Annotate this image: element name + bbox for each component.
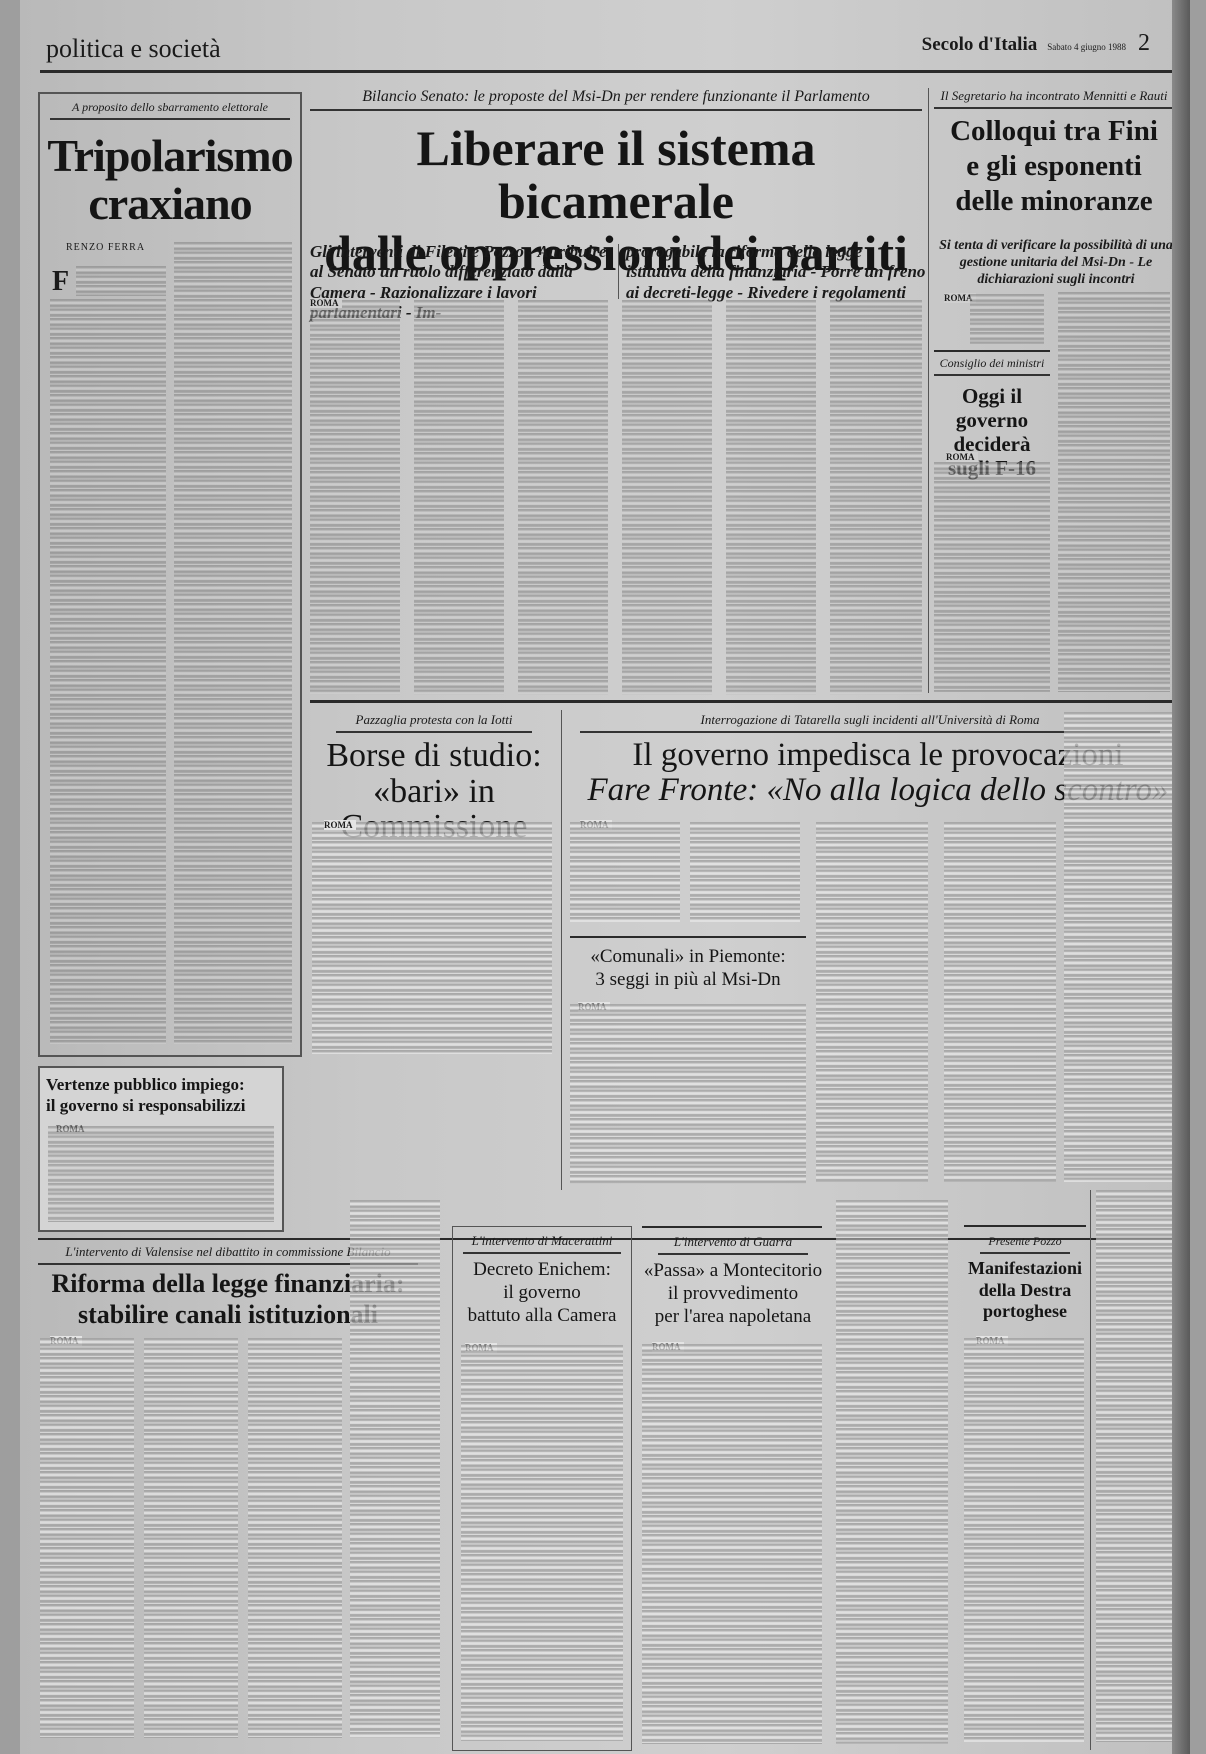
body-text	[934, 462, 1050, 692]
article-vertenze: Vertenze pubblico impiego: il governo si…	[38, 1066, 284, 1232]
body-text	[461, 1345, 623, 1741]
body-text	[1064, 712, 1180, 1182]
newspaper-name: Secolo d'Italia	[922, 34, 1038, 55]
divider	[570, 936, 806, 938]
subhead: Si tenta di verificare la possibilità di…	[934, 238, 1178, 288]
body-text	[816, 822, 928, 1182]
dateline: ROMA	[946, 452, 978, 462]
dropcap: F	[52, 266, 69, 298]
body-text	[836, 1200, 948, 1744]
kicker: L'intervento di Macerattini	[463, 1233, 621, 1254]
newspaper-page: politica e società Secolo d'Italia Sabat…	[20, 0, 1190, 1754]
kicker: Pazzaglia protesta con la Iotti	[336, 712, 532, 733]
divider	[561, 710, 562, 1190]
body-text	[310, 300, 400, 695]
body-text	[570, 1004, 806, 1184]
kicker: L'intervento di Guarra	[658, 1234, 808, 1255]
headline: Decreto Enichem: il governo battuto alla…	[453, 1259, 631, 1327]
masthead-rule	[40, 70, 1190, 73]
issue-date: Sabato 4 giugno 1988	[1047, 42, 1126, 52]
kicker: Consiglio dei ministri	[934, 356, 1050, 376]
body-text	[622, 300, 712, 695]
body-text	[964, 1338, 1084, 1742]
body-text	[144, 1338, 238, 1738]
body-text	[830, 300, 922, 695]
kicker: A proposito dello sbarramento elettorale	[50, 100, 290, 120]
body-text	[48, 1126, 274, 1222]
headline: «Passa» a Montecitorio il provvedimento …	[636, 1260, 830, 1328]
kicker: Presente Pozzo	[980, 1234, 1070, 1254]
headline: Colloqui tra Fini e gli esponenti delle …	[934, 114, 1174, 218]
divider	[928, 88, 929, 693]
kicker: Bilancio Senato: le proposte del Msi-Dn …	[310, 88, 922, 111]
body-text	[970, 294, 1044, 344]
article-enichem: L'intervento di Macerattini Decreto Enic…	[452, 1226, 632, 1751]
masthead-right: Secolo d'Italia Sabato 4 giugno 1988 2	[922, 30, 1150, 57]
headline: Vertenze pubblico impiego: il governo si…	[46, 1074, 276, 1117]
body-text	[50, 299, 166, 1044]
divider	[642, 1226, 822, 1228]
body-text	[1096, 1190, 1180, 1742]
dateline: ROMA	[310, 298, 342, 308]
section-rule	[310, 700, 1190, 703]
body-text	[350, 1200, 440, 1738]
body-text	[944, 822, 1056, 1182]
body-text	[248, 1338, 342, 1738]
body-text	[570, 822, 680, 922]
body-text	[76, 266, 166, 296]
kicker: Il Segretario ha incontrato Mennitti e R…	[934, 88, 1174, 109]
page-number: 2	[1138, 30, 1150, 56]
body-text	[642, 1344, 822, 1744]
divider	[964, 1225, 1086, 1227]
headline: «Comunali» in Piemonte: 3 seggi in più a…	[570, 946, 806, 992]
body-text	[1058, 292, 1170, 692]
body-text	[726, 300, 816, 695]
body-text	[312, 822, 552, 1054]
article-tripolarismo: A proposito dello sbarramento elettorale…	[38, 92, 302, 1057]
body-text	[690, 822, 800, 922]
headline: Manifestazioni della Destra portoghese	[960, 1258, 1090, 1323]
divider	[1090, 1190, 1091, 1750]
section-title: politica e società	[46, 34, 221, 64]
byline: RENZO FERRA	[66, 242, 145, 253]
headline: Tripolarismo craxiano	[40, 132, 300, 229]
body-text	[174, 242, 292, 1044]
dateline: ROMA	[324, 820, 356, 830]
subhead-right: prorogabile la riforma della legge istit…	[626, 242, 926, 303]
body-text	[40, 1338, 134, 1738]
body-text	[518, 300, 608, 695]
divider	[934, 350, 1050, 352]
page-binding-shadow	[1172, 0, 1190, 1754]
divider	[618, 244, 619, 299]
body-text	[414, 300, 504, 695]
